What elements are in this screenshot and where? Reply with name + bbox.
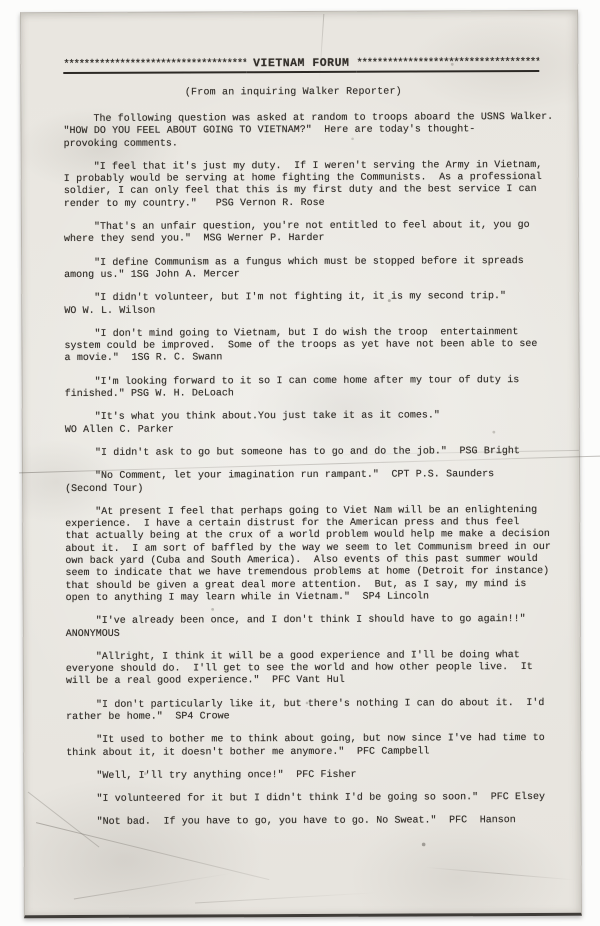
quote-paragraph: "No Comment, let your imagination run ra…	[65, 469, 567, 496]
quote-paragraph: "I'm looking forward to it so I can come…	[65, 375, 567, 402]
quote-paragraph: "I've already been once, and I don't thi…	[66, 614, 568, 641]
quote-paragraph: "It's what you think about.You just take…	[65, 410, 567, 437]
article-body: The following question was asked at rand…	[63, 112, 568, 830]
paper-wrinkle-bottom-left-2	[74, 873, 232, 900]
intro-paragraph: The following question was asked at rand…	[63, 112, 565, 151]
subtitle: (From an inquiring Walker Reporter)	[63, 86, 523, 99]
quote-paragraph: "At present I feel that perhaps going to…	[65, 505, 567, 606]
quote-paragraph: "I don't mind going to Vietnam, but I do…	[64, 327, 566, 366]
ornament-asterisk-band-right-icon: ****************************************…	[356, 56, 539, 73]
quote-paragraph: "I feel that it's just my duty. If I wer…	[64, 160, 566, 211]
ornament-asterisk-band-left-icon: ****************************************…	[63, 57, 246, 74]
quote-paragraph: "Well, I'll try anything once!" PFC Fish…	[66, 769, 568, 783]
quote-paragraph: "I didn't ask to go but someone has to g…	[65, 446, 567, 460]
paper-wrinkle-bottom-right	[425, 867, 575, 880]
quote-paragraph: "I define Communism as a fungus which mu…	[64, 256, 566, 283]
page-title: VIETNAM FORUM	[246, 57, 356, 73]
quote-paragraph: "That's an unfair question, you're not e…	[64, 220, 566, 247]
quote-paragraph: "I volunteered for it but I didn't think…	[66, 792, 568, 806]
quote-paragraph: "Not bad. If you have to go, you have to…	[67, 815, 569, 829]
quote-paragraph: "I didn't volunteer, but I'm not fightin…	[64, 291, 566, 318]
quote-paragraph: "I don't particularly like it, but there…	[66, 698, 568, 725]
quote-paragraph: "It used to bother me to think about goi…	[66, 733, 568, 760]
masthead: ****************************************…	[63, 55, 539, 74]
scan-background: ****************************************…	[0, 0, 600, 926]
quote-paragraph: "Allright, I think it will be a good exp…	[66, 650, 568, 689]
paper-wrinkle-bottom-center	[195, 889, 425, 903]
paper-wrinkle-bottom-left-1	[36, 822, 269, 880]
paper-speckles	[21, 13, 23, 15]
paper-sheet: ****************************************…	[20, 10, 582, 918]
